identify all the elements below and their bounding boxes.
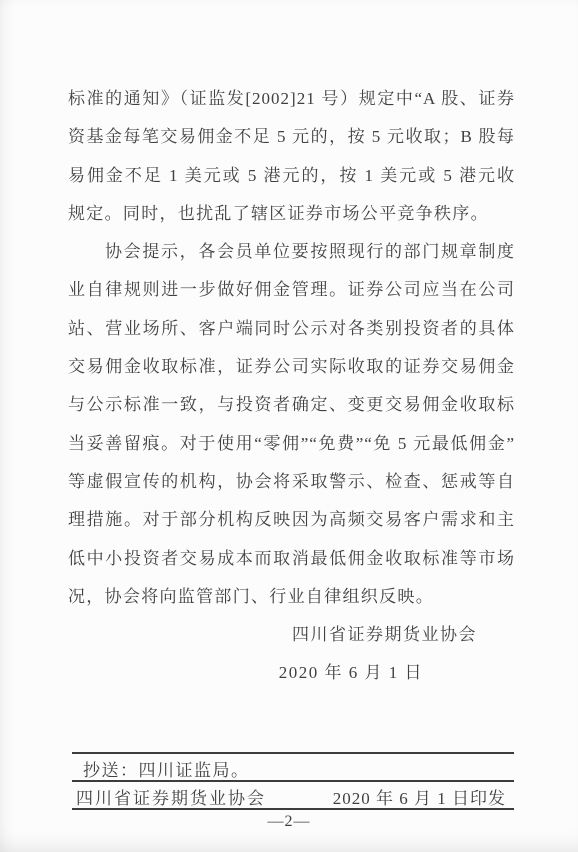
signature-org: 四川省证券期货业协会 xyxy=(68,616,515,654)
body-line: 交易佣金收取标准，证券公司实际收取的证券交易佣金应当 xyxy=(68,348,515,386)
body-line: 协会提示，各会员单位要按照现行的部门规章制度和行 xyxy=(68,233,515,271)
footer-rule-bottom xyxy=(72,808,514,810)
cc-line: 抄送：四川证监局。 xyxy=(83,756,250,781)
body-line: 业自律规则进一步做好佣金管理。证券公司应当在公司网 xyxy=(68,271,515,309)
body-line: 当妥善留痕。对于使用“零佣”“免费”“免 5 元最低佣金” xyxy=(68,425,515,463)
issuer-row: 四川省证券期货业协会 2020 年 6 月 1 日印发 xyxy=(76,784,512,809)
body-line: 标准的通知》（证监发[2002]21 号）规定中“A 股、证券投 xyxy=(68,80,515,118)
body-line: 理措施。对于部分机构反映因为高频交易客户需求和主动降 xyxy=(68,501,515,539)
body-line: 低中小投资者交易成本而取消最低佣金收取标准等市场情 xyxy=(68,540,515,578)
body-text-block: 标准的通知》（证监发[2002]21 号）规定中“A 股、证券投 资基金每笔交易… xyxy=(68,80,515,693)
body-line: 资基金每笔交易佣金不足 5 元的，按 5 元收取；B 股每笔交 xyxy=(68,118,515,156)
body-line: 等虚假宣传的机构，协会将采取警示、检查、惩戒等自律管 xyxy=(68,463,515,501)
page-number: —2— xyxy=(0,813,578,831)
issuer-name: 四川省证券期货业协会 xyxy=(76,784,266,809)
signature-date: 2020 年 6 月 1 日 xyxy=(68,654,515,692)
body-line: 规定。同时，也扰乱了辖区证券市场公平竞争秩序。 xyxy=(68,195,515,233)
print-date: 2020 年 6 月 1 日印发 xyxy=(333,784,512,809)
footer-rule-middle xyxy=(72,780,514,782)
body-line: 易佣金不足 1 美元或 5 港元的，按 1 美元或 5 港元收取”的 xyxy=(68,157,515,195)
footer-rule-top xyxy=(72,752,514,754)
document-page: 标准的通知》（证监发[2002]21 号）规定中“A 股、证券投 资基金每笔交易… xyxy=(0,0,578,852)
body-line: 与公示标准一致，与投资者确定、变更交易佣金收取标准应 xyxy=(68,386,515,424)
body-line: 站、营业场所、客户端同时公示对各类别投资者的具体证券 xyxy=(68,310,515,348)
body-line: 况，协会将向监管部门、行业自律组织反映。 xyxy=(68,578,515,616)
